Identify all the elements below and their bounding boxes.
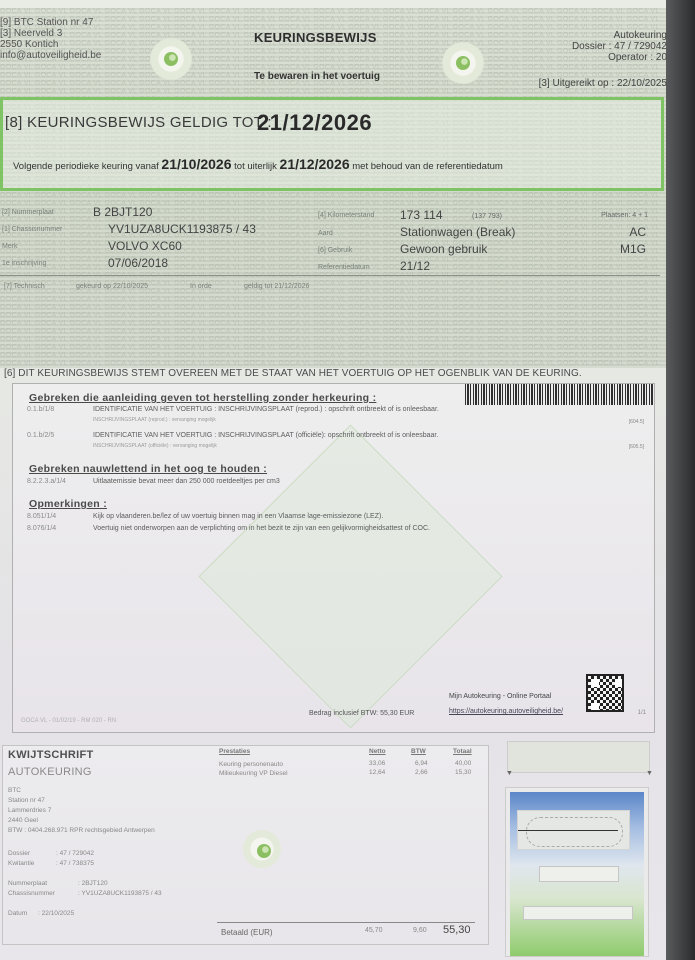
receipt-dossier: Dossier: 47 / 729042 — [8, 850, 94, 857]
date-value: : 22/10/2025 — [38, 910, 74, 917]
row-btw: 6,94 — [415, 760, 428, 767]
page-number: 1/1 — [638, 710, 646, 716]
total-divider — [217, 922, 475, 923]
col-btw: BTW — [411, 748, 426, 755]
make-value: VOLVO XC60 — [108, 239, 182, 253]
defect-text: IDENTIFICATIE VAN HET VOERTUIG : INSCHRI… — [93, 406, 439, 413]
technical-valid: geldig tot 21/12/2026 — [244, 283, 309, 290]
sticker-hologram — [517, 810, 630, 850]
make-label: Merk — [2, 243, 18, 250]
conformity-statement: [6] DIT KEURINGSBEWIJS STEMT OVEREEN MET… — [4, 368, 582, 379]
col-prestaties: Prestaties — [219, 748, 250, 755]
odometer-previous: (137 793) — [472, 213, 502, 220]
address-line: 2440 Geel — [8, 816, 155, 826]
windshield-sticker — [505, 787, 649, 957]
issued-date: [3] Uitgereikt op : 22/10/2025 — [539, 78, 667, 89]
issuer-line: info@autoveiligheid.be — [0, 50, 101, 61]
issuer-line: [9] BTC Station nr 47 — [0, 17, 101, 28]
paid-netto: 45,70 — [365, 927, 383, 934]
first-registration-value: 07/06/2018 — [108, 256, 168, 270]
row-item: Milieukeuring VP Diesel — [219, 770, 288, 777]
defect-subtext: INSCHRIJVINGSPLAAT (officiële) : vervang… — [93, 443, 217, 449]
plate-value: B 2BJT120 — [93, 205, 152, 219]
defect-reference: [604.5] — [629, 419, 644, 425]
seats-value: Plaatsen: 4 + 1 — [601, 212, 648, 219]
amount-incl-vat: Bedrag inclusief BTW: 55,30 EUR — [309, 710, 414, 717]
divider — [0, 275, 660, 276]
next-inspection-line: Volgende periodieke keuring vanaf 21/10/… — [13, 156, 503, 172]
remark-text: Kijk op vlaanderen.be/lez of uw voertuig… — [93, 513, 383, 520]
address-line: BTC — [8, 786, 155, 796]
form-code: GOCA VL - 01/02/19 - RM 020 - RN — [21, 718, 116, 724]
technical-status: In orde — [190, 283, 212, 290]
technical-label: [7] Technisch — [4, 283, 45, 290]
dossier-label: Dossier — [8, 850, 56, 857]
row-btw: 2,66 — [415, 769, 428, 776]
paid-total: 55,30 — [443, 924, 471, 936]
plate-label: Nummerplaat — [8, 880, 78, 887]
receipt-address: BTC Station nr 47 Lammerdries 7 2440 Gee… — [8, 786, 155, 836]
plate-value: : 2BJT120 — [78, 880, 108, 887]
plate-label: [2] Nummerplaat — [2, 209, 54, 216]
inspection-type: Autokeuring — [572, 30, 667, 41]
goca-seal-icon — [241, 828, 283, 870]
next-prefix: Volgende periodieke keuring vanaf — [13, 161, 159, 172]
chassis-label: [1] Chassisnummer — [2, 226, 62, 233]
receipt-kwitantie: Kwitantie: 47 / 738375 — [8, 860, 94, 867]
address-line: BTW : 0404.268.971 RPR rechtsgebied Antw… — [8, 826, 155, 836]
reference-date-value: 21/12 — [400, 259, 430, 273]
portal-title: Mijn Autokeuring - Online Portaal — [449, 693, 551, 700]
defect-text: Uitlaatemissie bevat meer dan 250 000 ro… — [93, 478, 280, 485]
receipt-subtitle: AUTOKEURING — [8, 766, 92, 778]
kwitantie-label: Kwitantie — [8, 860, 56, 867]
row-netto: 12,64 — [369, 769, 385, 776]
defect-text: IDENTIFICATIE VAN HET VOERTUIG : INSCHRI… — [93, 432, 438, 439]
document-title: KEURINGSBEWIJS — [254, 30, 377, 45]
body-type-label: Aard — [318, 230, 333, 237]
technical-approved: gekeurd op 22/10/2025 — [76, 283, 148, 290]
portal-link[interactable]: https://autokeuring.autoveiligheid.be/ — [449, 708, 563, 715]
remark-text: Voertuig niet onderworpen aan de verplic… — [93, 525, 430, 532]
receipt-chassis: Chassisnummer: YV1UZA8UCK1193875 / 43 — [8, 890, 162, 897]
first-registration-label: 1e inschrijving — [2, 260, 46, 267]
background-surface — [666, 0, 695, 960]
address-line: Lammerdries 7 — [8, 806, 155, 816]
dossier-meta: Autokeuring Dossier : 47 / 729042 Operat… — [572, 30, 667, 63]
defect-reference: [605.5] — [629, 444, 644, 450]
section-heading-remarks: Opmerkingen : — [29, 498, 107, 510]
next-from-date: 21/10/2026 — [161, 156, 231, 172]
reference-date-label: Referentiedatum — [318, 264, 370, 271]
col-totaal: Totaal — [453, 748, 472, 755]
col-netto: Netto — [369, 748, 386, 755]
defect-code: 8.2.2.3.a/1/4 — [27, 478, 66, 485]
cut-arrow-icon: ▼ — [506, 770, 513, 777]
section-heading-repair: Gebreken die aanleiding geven tot herste… — [29, 392, 376, 404]
kwitantie-value: : 47 / 738375 — [56, 860, 94, 867]
defect-subtext: INSCHRIJVINGSPLAAT (reprod.) : vervangin… — [93, 417, 216, 423]
defect-code: 0.1.b/2/5 — [27, 432, 54, 439]
paid-btw: 9,60 — [413, 927, 427, 934]
receipt-title: KWIJTSCHRIFT — [8, 749, 93, 761]
sticker-field — [539, 866, 619, 882]
inspection-results-panel: Gebreken die aanleiding geven tot herste… — [12, 383, 655, 733]
goca-seal-icon — [148, 36, 194, 82]
issuer-address: [9] BTC Station nr 47 [3] Neerveld 3 255… — [0, 17, 101, 61]
validity-box: [8] KEURINGSBEWIJS GELDIG TOT : 21/12/20… — [0, 97, 664, 191]
category-code: M1G — [620, 242, 646, 256]
dossier-value: : 47 / 729042 — [56, 850, 94, 857]
address-line: Station nr 47 — [8, 796, 155, 806]
chassis-label: Chassisnummer — [8, 890, 78, 897]
receipt: KWIJTSCHRIFT AUTOKEURING BTC Station nr … — [2, 745, 489, 945]
remark-code: 8.051/1/4 — [27, 513, 56, 520]
receipt-plate: Nummerplaat: 2BJT120 — [8, 880, 108, 887]
sticker-field — [523, 906, 633, 920]
remark-code: 8.076/1/4 — [27, 525, 56, 532]
chassis-value: YV1UZA8UCK1193875 / 43 — [108, 222, 256, 236]
paid-label: Betaald (EUR) — [221, 928, 273, 937]
date-label: Datum — [8, 910, 38, 917]
tear-off-strip — [507, 741, 650, 773]
usage-label: [6] Gebruik — [318, 247, 352, 254]
body-code: AC — [629, 225, 646, 239]
issuer-line: [3] Neerveld 3 — [0, 28, 101, 39]
next-suffix: met behoud van de referentiedatum — [352, 161, 503, 172]
defect-code: 0.1.b/1/8 — [27, 406, 54, 413]
next-to-date: 21/12/2026 — [280, 156, 350, 172]
usage-value: Gewoon gebruik — [400, 242, 487, 256]
body-type-value: Stationwagen (Break) — [400, 225, 515, 239]
qr-code-icon[interactable] — [586, 674, 624, 712]
odometer-label: [4] Kilometerstand — [318, 212, 374, 219]
operator-number: Operator : 20 — [572, 52, 667, 63]
row-totaal: 15,30 — [455, 769, 471, 776]
receipt-date: Datum: 22/10/2025 — [8, 910, 74, 917]
section-heading-monitor: Gebreken nauwlettend in het oog te houde… — [29, 463, 267, 475]
goca-seal-icon — [440, 40, 486, 86]
barcode-icon — [465, 383, 653, 405]
dossier-number: Dossier : 47 / 729042 — [572, 41, 667, 52]
row-item: Keuring personenauto — [219, 761, 283, 768]
row-totaal: 40,00 — [455, 760, 471, 767]
row-netto: 33,06 — [369, 760, 385, 767]
cut-arrow-icon: ▼ — [646, 770, 653, 777]
next-mid: tot uiterlijk — [234, 161, 277, 172]
document-subtitle: Te bewaren in het voertuig — [254, 71, 380, 82]
issuer-line: 2550 Kontich — [0, 39, 101, 50]
odometer-value: 173 114 — [400, 208, 443, 222]
chassis-value: : YV1UZA8UCK1193875 / 43 — [78, 890, 162, 897]
validity-date: 21/12/2026 — [257, 110, 372, 136]
validity-label: [8] KEURINGSBEWIJS GELDIG TOT : — [5, 114, 272, 131]
